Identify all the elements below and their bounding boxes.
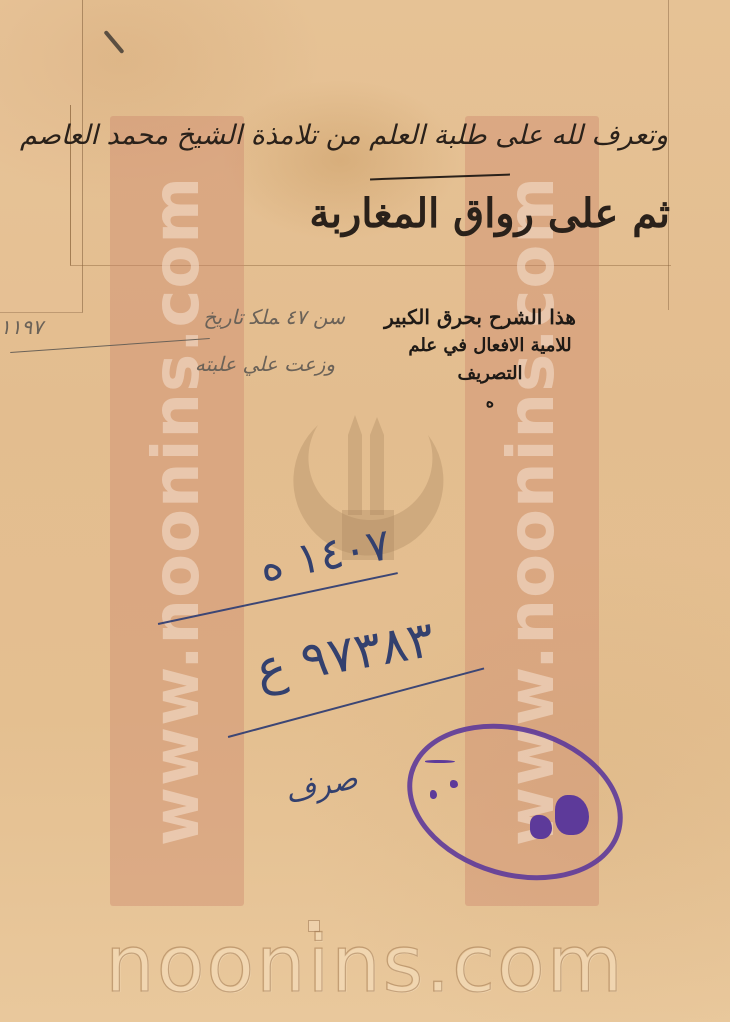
catalog-number-2: ٩٧٣٨٣ ع (227, 605, 464, 702)
content-note-line-4: ه (470, 392, 510, 411)
ink-mark (103, 30, 124, 54)
watermark-text-left: www.noonins.com (110, 116, 244, 906)
content-note-line-1: هذا الشرح بحرق الكبير (360, 305, 600, 329)
catalog-number-1-suffix: ه (256, 538, 288, 592)
stamp-ink-blot (450, 780, 458, 788)
content-note-line-3: التصريف (420, 363, 560, 384)
stamp-ink-blot (530, 815, 552, 839)
stamp-ink-blot (555, 795, 589, 835)
stamp-ink-blot (430, 790, 437, 799)
subject-signature: صرف (265, 761, 360, 814)
manuscript-page: www.noonins.com www.noonins.com وتعرف لل… (0, 0, 730, 1022)
catalog-number-2-suffix: ع (251, 636, 290, 698)
content-note-line-2: للامية الافعال في علم (395, 335, 585, 356)
stamp-ink-blot (425, 760, 455, 763)
oval-ink-stamp (389, 700, 642, 905)
pencil-number: ١١٩٧ (0, 315, 80, 339)
endowment-title-line-1: وتعرف لله على طلبة العلم من تلامذة الشيخ… (78, 120, 668, 151)
pencil-note-line-1: سن ٤٧ ﻤﻠﻜ تاريخ (105, 305, 345, 329)
catalog-number-2-value: ٩٧٣٨٣ (296, 610, 438, 690)
bottom-watermark: noonins.com (0, 920, 730, 1010)
pencil-note-line-2: وزعت علي علبته (95, 352, 335, 376)
endowment-title-line-2: ثم على رواق المغاربة (230, 190, 670, 237)
paper-fold-line (668, 0, 669, 310)
